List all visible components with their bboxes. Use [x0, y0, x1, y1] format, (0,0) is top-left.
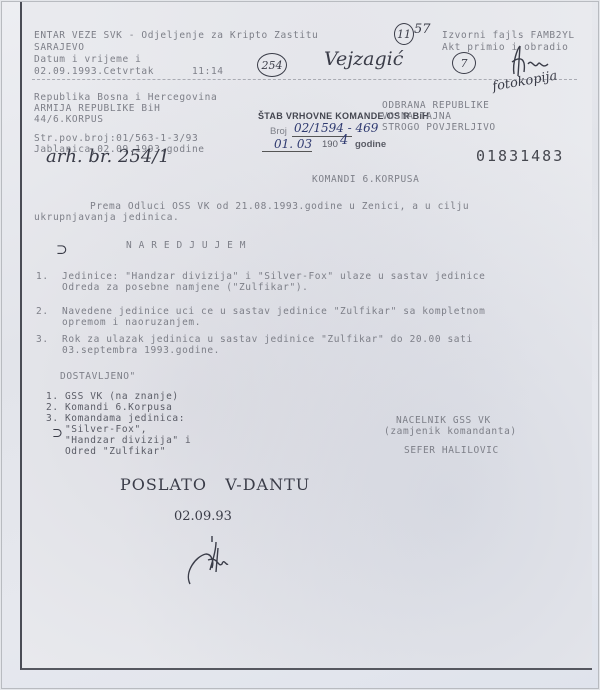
stamp-broj-label: Broj	[270, 126, 287, 137]
distribution-item: 3. Komandama jedinica:	[46, 413, 185, 424]
distribution-heading: DOSTAVLJENO"	[60, 371, 136, 382]
circled-number-11: 11	[394, 23, 414, 45]
handwritten-name: Vejzagić	[324, 48, 403, 70]
order-1-number: 1.	[36, 271, 49, 282]
sender-line-2: ARMIJA REPUBLIKE BiH	[34, 103, 160, 114]
document-page: ENTAR VEZE SVK - Odjeljenje za Kripto Za…	[20, 2, 592, 670]
distribution-item: 2. Komandi 6.Korpusa	[46, 402, 172, 413]
signature-initials-bottom	[182, 532, 252, 592]
order-2-line-1: Navedene jedinice uci ce u sastav jedini…	[62, 306, 485, 317]
stamp-year-hand: 4	[340, 133, 348, 148]
order-2-number: 2.	[36, 306, 49, 317]
handwritten-sent-note: POSLATO V-DANTU	[120, 475, 310, 494]
distribution-item: Odred "Zulfikar"	[46, 446, 166, 457]
header-line-4: 02.09.1993.Cetvrtak 11:14	[34, 66, 224, 77]
order-3-number: 3.	[36, 334, 49, 345]
classification-line-1: ODBRANA REPUBLIKE	[382, 100, 489, 111]
signatory-name: SEFER HALILOVIC	[404, 445, 499, 456]
classification-line-3: STROGO POVJERLJIVO	[382, 122, 496, 133]
distribution-item: 1. GSS VK (na znanje)	[46, 391, 179, 402]
order-2-line-2: opremom i naoruzanjem.	[62, 317, 201, 328]
handwritten-date: 02.09.93	[174, 509, 232, 524]
stamp-year-prefix: 190	[322, 139, 338, 150]
archive-note: arh. br. 254/1	[46, 146, 170, 167]
handwritten-bracket-mark-2: ⊃	[52, 426, 63, 441]
stamp-broj-value: 02/1594 - 469	[294, 121, 378, 135]
stamp-date-value: 01. 03	[274, 137, 312, 151]
recipient: KOMANDI 6.KORPUSA	[312, 174, 419, 185]
order-3-line-2: 03.septembra 1993.godine.	[62, 345, 220, 356]
header-line-1: ENTAR VEZE SVK - Odjeljenje za Kripto Za…	[34, 30, 318, 41]
stamp-date-underline	[262, 151, 312, 152]
intro-line-1: Prema Odluci OSS VK od 21.08.1993.godine…	[90, 201, 469, 212]
order-1-line-2: Odreda za posebne namjene ("Zulfikar").	[62, 282, 308, 293]
circled-number-7: 7	[452, 52, 476, 74]
signature-subtitle: (zamjenik komandanta)	[384, 426, 517, 437]
handwritten-mark-57: 57	[414, 22, 431, 37]
handwritten-bracket-mark: ⊃	[56, 242, 68, 258]
intro-line-2: ukrupnjavanja jedinica.	[34, 212, 179, 223]
signature-title: NACELNIK GSS VK	[396, 415, 491, 426]
header-line-2: SARAJEVO	[34, 42, 85, 53]
scanned-document-frame: ENTAR VEZE SVK - Odjeljenje za Kripto Za…	[1, 1, 599, 689]
circled-number-254: 254	[257, 53, 287, 77]
stamp-year-suffix: godine	[355, 139, 386, 150]
header-line-3: Datum i vrijeme i	[34, 54, 141, 65]
header-right-line-1: Izvorni fajls FAMB2YL	[442, 30, 575, 41]
order-heading: N A R E D J U J E M	[126, 240, 246, 251]
sender-line-3: 44/6.KORPUS	[34, 114, 104, 125]
classification-line-2: VOJNA TAJNA	[382, 111, 452, 122]
order-1-line-1: Jedinice: "Handzar divizija" i "Silver-F…	[62, 271, 485, 282]
sender-line-1: Republika Bosna i Hercegovina	[34, 92, 217, 103]
document-number: 01831483	[476, 147, 564, 165]
distribution-item: "Handzar divizija" i	[46, 435, 191, 446]
reference-number: Str.pov.broj:01/563-1-3/93	[34, 133, 198, 144]
order-3-line-1: Rok za ulazak jedinica u sastav jedinice…	[62, 334, 473, 345]
